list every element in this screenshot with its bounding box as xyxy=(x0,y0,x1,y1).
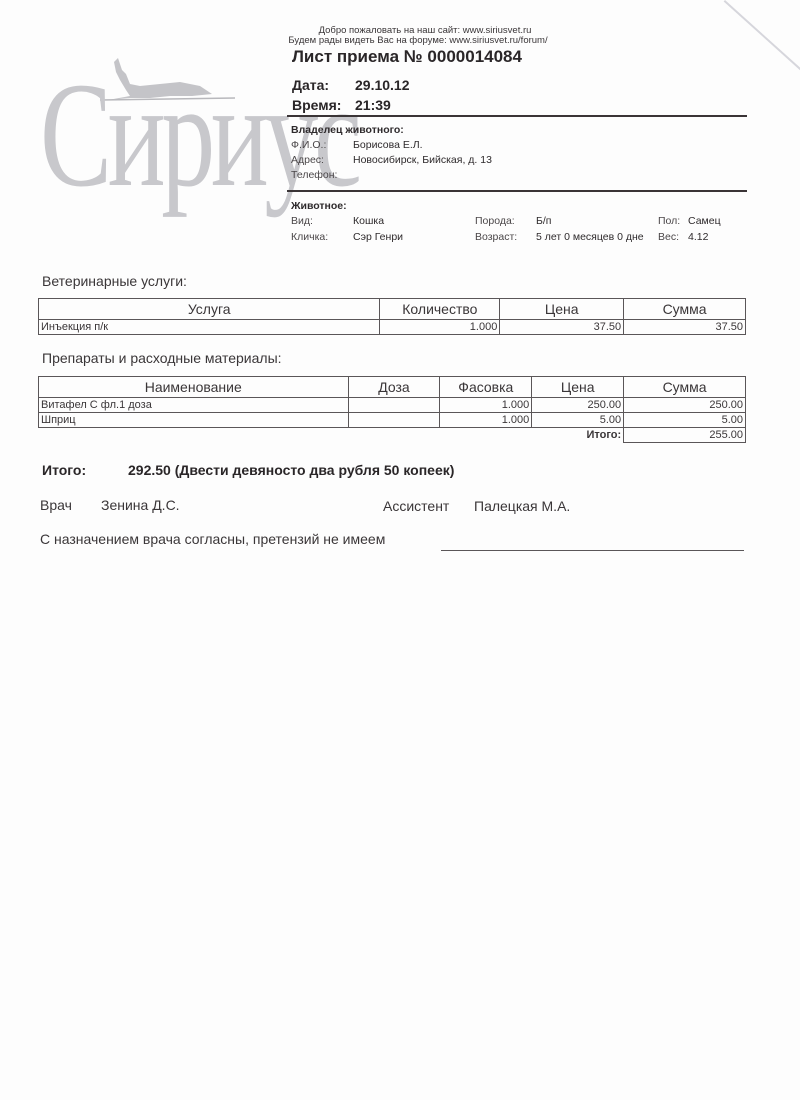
breed-value: Б/п xyxy=(536,215,552,227)
material-dose xyxy=(348,398,440,413)
doctor-label: Врач xyxy=(40,497,72,513)
owner-name-value: Борисова Е.Л. xyxy=(353,139,423,151)
table-row: Шприц 1.000 5.00 5.00 xyxy=(39,413,746,428)
animal-section-title: Животное: xyxy=(291,200,347,212)
owner-name-label: Ф.И.О.: xyxy=(291,139,326,151)
material-price: 250.00 xyxy=(532,398,624,413)
divider xyxy=(287,190,747,192)
age-label: Возраст: xyxy=(475,231,517,243)
species-label: Вид: xyxy=(291,215,313,227)
time-value: 21:39 xyxy=(355,97,391,113)
column-header: Сумма xyxy=(624,299,746,320)
column-header: Цена xyxy=(532,377,624,398)
pet-name-value: Сэр Генри xyxy=(353,231,403,243)
column-header: Сумма xyxy=(624,377,746,398)
materials-table: Наименование Доза Фасовка Цена Сумма Вит… xyxy=(38,376,746,443)
sex-label: Пол: xyxy=(658,215,680,227)
material-package: 1.000 xyxy=(440,413,532,428)
material-name: Шприц xyxy=(39,413,349,428)
grand-total-value: 292.50 (Двести девяносто два рубля 50 ко… xyxy=(128,462,454,478)
service-sum: 37.50 xyxy=(624,320,746,335)
materials-total-value: 255.00 xyxy=(624,428,746,443)
column-header: Цена xyxy=(500,299,624,320)
column-header: Количество xyxy=(380,299,500,320)
divider xyxy=(287,115,747,117)
owner-address-value: Новосибирск, Бийская, д. 13 xyxy=(353,154,492,166)
material-sum: 5.00 xyxy=(624,413,746,428)
breed-label: Порода: xyxy=(475,215,515,227)
page-corner-fold xyxy=(722,0,800,83)
service-name: Инъекция п/к xyxy=(39,320,380,335)
sex-value: Самец xyxy=(688,215,721,227)
date-label: Дата: xyxy=(292,77,329,93)
material-name: Витафел С фл.1 доза xyxy=(39,398,349,413)
age-value: 5 лет 0 месяцев 0 дне xyxy=(536,231,644,243)
signature-line xyxy=(441,550,744,551)
column-header: Фасовка xyxy=(440,377,532,398)
assistant-name: Палецкая М.А. xyxy=(474,498,570,514)
forum-line: Будем рады видеть Вас на форуме: www.sir… xyxy=(268,35,568,46)
column-header: Доза xyxy=(348,377,440,398)
doctor-name: Зенина Д.С. xyxy=(101,497,180,513)
services-heading: Ветеринарные услуги: xyxy=(42,273,187,289)
material-dose xyxy=(348,413,440,428)
service-quantity: 1.000 xyxy=(380,320,500,335)
owner-section-title: Владелец животного: xyxy=(291,124,404,136)
grand-total-label: Итого: xyxy=(42,462,86,478)
materials-total-row: Итого: 255.00 xyxy=(39,428,746,443)
owner-address-label: Адрес: xyxy=(291,154,324,166)
species-value: Кошка xyxy=(353,215,384,227)
date-value: 29.10.12 xyxy=(355,77,410,93)
page-title: Лист приема № 0000014084 xyxy=(292,47,522,67)
table-row: Инъекция п/к 1.000 37.50 37.50 xyxy=(39,320,746,335)
weight-label: Вес: xyxy=(658,231,679,243)
service-price: 37.50 xyxy=(500,320,624,335)
table-row: Витафел С фл.1 доза 1.000 250.00 250.00 xyxy=(39,398,746,413)
column-header: Наименование xyxy=(39,377,349,398)
weight-value: 4.12 xyxy=(688,231,708,243)
owner-phone-label: Телефон: xyxy=(291,169,337,181)
material-package: 1.000 xyxy=(440,398,532,413)
assistant-label: Ассистент xyxy=(383,498,449,514)
agreement-text: С назначением врача согласны, претензий … xyxy=(40,531,385,547)
table-header-row: Услуга Количество Цена Сумма xyxy=(39,299,746,320)
pet-name-label: Кличка: xyxy=(291,231,328,243)
materials-heading: Препараты и расходные материалы: xyxy=(42,350,282,366)
material-price: 5.00 xyxy=(532,413,624,428)
material-sum: 250.00 xyxy=(624,398,746,413)
materials-total-label: Итого: xyxy=(532,428,624,443)
column-header: Услуга xyxy=(39,299,380,320)
services-table: Услуга Количество Цена Сумма Инъекция п/… xyxy=(38,298,746,335)
table-header-row: Наименование Доза Фасовка Цена Сумма xyxy=(39,377,746,398)
time-label: Время: xyxy=(292,97,341,113)
